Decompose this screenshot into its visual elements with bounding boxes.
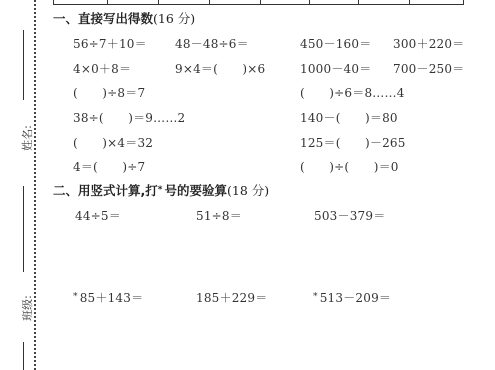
question: 450－160＝: [300, 35, 371, 52]
score-table-divider: [309, 0, 310, 4]
question: 48－48÷6＝: [175, 35, 249, 52]
question: 700－250＝: [393, 60, 464, 77]
question: 300＋220＝: [393, 35, 464, 52]
question: 56÷7＋10＝: [73, 35, 147, 52]
question-text: 503－379＝: [314, 209, 385, 223]
score-table-divider: [158, 0, 159, 4]
section2-points: (18 分): [227, 183, 269, 198]
section1-title-text: 一、直接写出得数: [53, 11, 153, 26]
question: 4×0＋8＝: [73, 60, 131, 77]
question-text: 44÷5＝: [75, 209, 121, 223]
question: 503－379＝: [312, 207, 385, 224]
question-text: 185＋229＝: [196, 291, 267, 305]
question: 9×4＝( )×6: [175, 60, 265, 77]
section2-title: 二、用竖式计算,打*号的要验算(18 分): [53, 181, 269, 199]
question: 1000－40＝: [300, 60, 371, 77]
score-table-divider: [358, 0, 359, 4]
score-table: [53, 0, 464, 5]
score-table-divider: [107, 0, 108, 4]
question: 4＝( )÷7: [73, 158, 145, 175]
question: *85＋143＝: [73, 289, 143, 306]
section1-points: (16 分): [153, 11, 195, 26]
score-table-divider: [260, 0, 261, 4]
question: ( )÷( )＝0: [300, 158, 399, 175]
star-mark-icon: *: [313, 292, 318, 302]
score-table-divider: [409, 0, 410, 4]
question: 125＝( )－265: [300, 134, 406, 151]
margin-underline: [23, 342, 24, 370]
question: 140－( )＝80: [300, 109, 398, 126]
question: 38÷( )＝9……2: [73, 109, 185, 126]
question: ( )×4＝32: [73, 134, 153, 151]
question: 51÷8＝: [194, 207, 242, 224]
section2-title-text: 二、用竖式计算,打: [53, 183, 158, 198]
question-text: 513－209＝: [320, 291, 391, 305]
question: ( )÷8＝7: [73, 84, 145, 101]
section2-title-rest: 号的要验算: [164, 183, 227, 198]
score-table-divider: [209, 0, 210, 4]
star-mark-icon: *: [73, 292, 78, 302]
name-label: 姓名:: [19, 125, 35, 151]
question: ( )÷6＝8……4: [300, 84, 405, 101]
question: 44÷5＝: [73, 207, 121, 224]
section1-title: 一、直接写出得数(16 分): [53, 9, 195, 27]
question: *513－209＝: [313, 289, 391, 306]
question-text: 51÷8＝: [196, 209, 242, 223]
question: 185＋229＝: [194, 289, 267, 306]
star-mark-icon: *: [158, 185, 163, 195]
class-underline[interactable]: [23, 186, 24, 272]
class-label: 班级:: [19, 295, 35, 321]
name-underline[interactable]: [23, 30, 24, 100]
question-text: 85＋143＝: [80, 291, 144, 305]
